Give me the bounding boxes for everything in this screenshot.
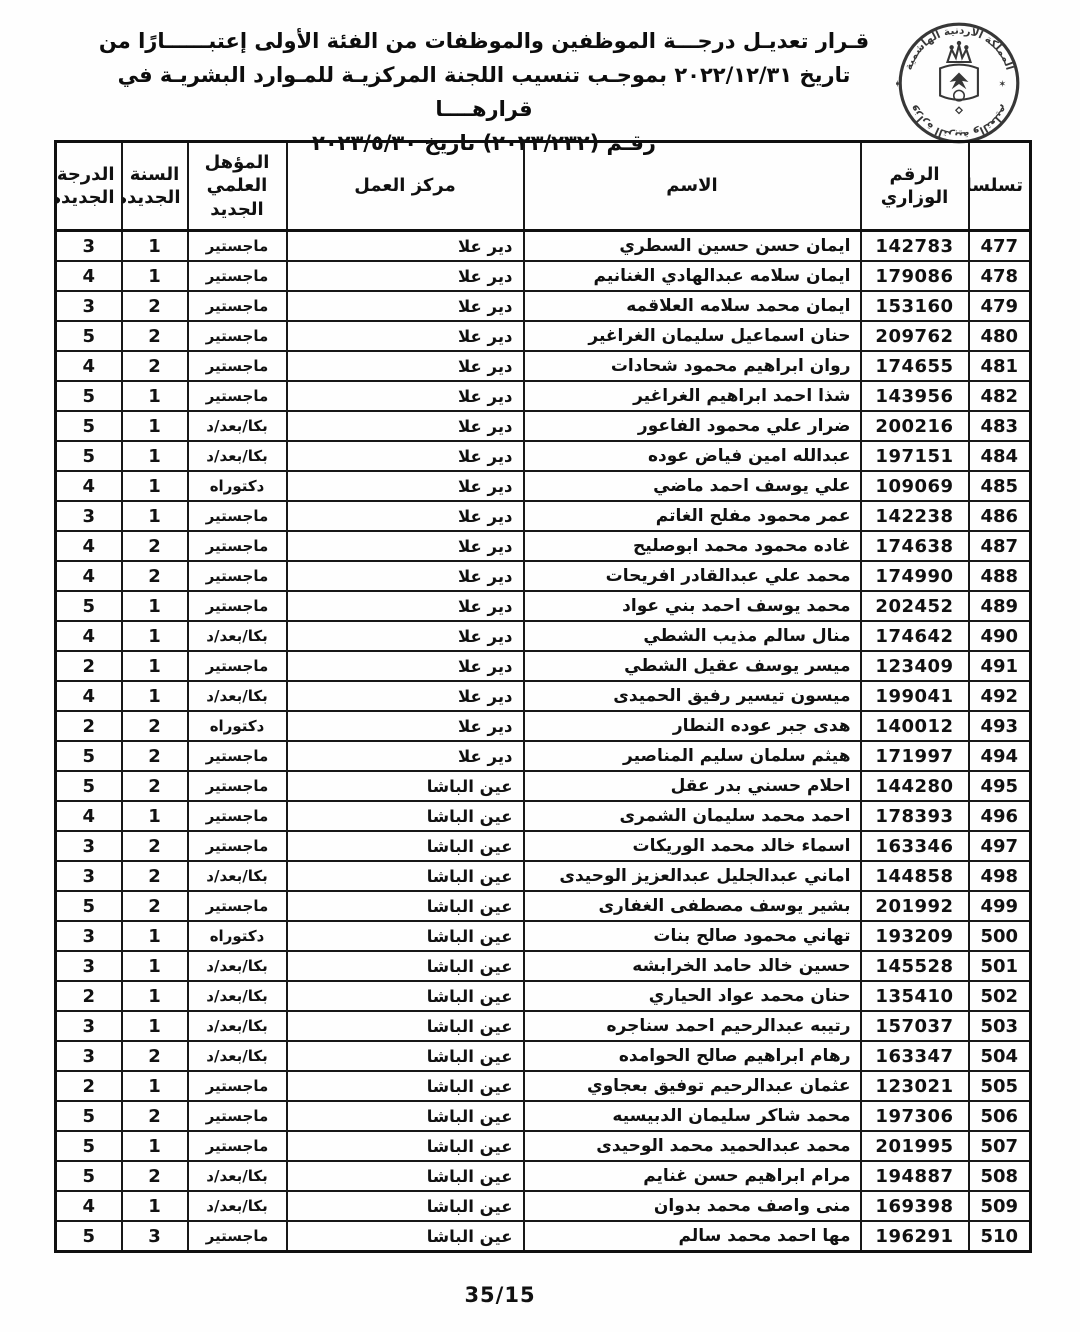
cell-grade: 5 (56, 891, 122, 921)
cell-grade: 5 (56, 441, 122, 471)
cell-grade: 3 (56, 951, 122, 981)
cell-year: 1 (122, 651, 188, 681)
cell-serial: 494 (969, 741, 1031, 771)
cell-name: تهاني محمود صالح بنات (524, 921, 861, 951)
cell-ministry_no: 123409 (861, 651, 969, 681)
cell-name: ميسر يوسف عقيل الشطي (524, 651, 861, 681)
cell-work_center: دير علا (287, 591, 524, 621)
cell-year: 1 (122, 1071, 188, 1101)
cell-name: غاده محمود محمد ابوصليح (524, 531, 861, 561)
cell-ministry_no: 202452 (861, 591, 969, 621)
table-row: 478179086ايمان سلامه عبدالهادي الغنانيمد… (56, 261, 1031, 291)
cell-work_center: عين الباشا (287, 771, 524, 801)
table-row: 491123409ميسر يوسف عقيل الشطيدير علاماجس… (56, 651, 1031, 681)
cell-qualification: بكا/بعد/د (188, 411, 287, 441)
cell-work_center: عين الباشا (287, 1131, 524, 1161)
cell-grade: 3 (56, 1011, 122, 1041)
cell-work_center: عين الباشا (287, 891, 524, 921)
cell-ministry_no: 163346 (861, 831, 969, 861)
cell-name: علي يوسف احمد ماضي (524, 471, 861, 501)
cell-ministry_no: 144280 (861, 771, 969, 801)
cell-name: مرام ابراهيم حسن غنايم (524, 1161, 861, 1191)
cell-work_center: دير علا (287, 261, 524, 291)
cell-ministry_no: 174655 (861, 351, 969, 381)
cell-grade: 5 (56, 1221, 122, 1252)
cell-qualification: ماجستير (188, 231, 287, 262)
table-row: 505123021عثمان عبدالرحيم توفيق بعجاويعين… (56, 1071, 1031, 1101)
cell-year: 1 (122, 921, 188, 951)
cell-year: 2 (122, 1041, 188, 1071)
cell-ministry_no: 153160 (861, 291, 969, 321)
cell-serial: 482 (969, 381, 1031, 411)
cell-qualification: بكا/بعد/د (188, 441, 287, 471)
cell-name: احمد محمد سليمان الشمرى (524, 801, 861, 831)
cell-qualification: بكا/بعد/د (188, 1191, 287, 1221)
cell-grade: 3 (56, 861, 122, 891)
cell-work_center: عين الباشا (287, 951, 524, 981)
cell-serial: 491 (969, 651, 1031, 681)
cell-serial: 492 (969, 681, 1031, 711)
cell-serial: 485 (969, 471, 1031, 501)
table-row: 485109069علي يوسف احمد ماضيدير علادكتورا… (56, 471, 1031, 501)
cell-serial: 496 (969, 801, 1031, 831)
cell-year: 2 (122, 741, 188, 771)
cell-year: 1 (122, 1131, 188, 1161)
cell-ministry_no: 199041 (861, 681, 969, 711)
cell-serial: 478 (969, 261, 1031, 291)
cell-work_center: دير علا (287, 531, 524, 561)
cell-name: رتيبه عبدالرحيم احمد سناجره (524, 1011, 861, 1041)
cell-work_center: دير علا (287, 681, 524, 711)
cell-name: هدى جبر عوده النطار (524, 711, 861, 741)
cell-name: منى واصف محمد بدوان (524, 1191, 861, 1221)
col-header-year: السنة الجديدة (122, 142, 188, 231)
cell-ministry_no: 142238 (861, 501, 969, 531)
cell-serial: 484 (969, 441, 1031, 471)
cell-name: حنان محمد عواد الحياري (524, 981, 861, 1011)
cell-serial: 499 (969, 891, 1031, 921)
cell-ministry_no: 140012 (861, 711, 969, 741)
cell-name: شذا احمد ابراهيم الغراغير (524, 381, 861, 411)
cell-work_center: عين الباشا (287, 1221, 524, 1252)
cell-name: عثمان عبدالرحيم توفيق بعجاوي (524, 1071, 861, 1101)
cell-name: بشير يوسف مصطفى الغفارى (524, 891, 861, 921)
cell-serial: 487 (969, 531, 1031, 561)
cell-name: احلام حسني بدر عقل (524, 771, 861, 801)
cell-year: 2 (122, 891, 188, 921)
cell-ministry_no: 157037 (861, 1011, 969, 1041)
cell-year: 2 (122, 711, 188, 741)
seal-star-right: ✶ (998, 79, 1006, 90)
cell-work_center: دير علا (287, 651, 524, 681)
cell-grade: 3 (56, 921, 122, 951)
cell-work_center: دير علا (287, 321, 524, 351)
cell-work_center: دير علا (287, 471, 524, 501)
cell-ministry_no: 201995 (861, 1131, 969, 1161)
table-header-row: تسلسل الرقم الوزاري الاسم مركز العمل الم… (56, 142, 1031, 231)
cell-name: محمد علي عبدالقادر افريحات (524, 561, 861, 591)
cell-grade: 3 (56, 231, 122, 262)
cell-name: عبدالله امين فياض عوده (524, 441, 861, 471)
svg-text:وزارة التربية والتعليم: وزارة التربية والتعليم (907, 103, 1011, 141)
cell-year: 1 (122, 411, 188, 441)
cell-year: 2 (122, 291, 188, 321)
employees-table: تسلسل الرقم الوزاري الاسم مركز العمل الم… (54, 140, 1032, 1253)
cell-name: مها احمد محمد سالم (524, 1221, 861, 1252)
table-row: 503157037رتيبه عبدالرحيم احمد سناجرهعين … (56, 1011, 1031, 1041)
cell-ministry_no: 209762 (861, 321, 969, 351)
cell-name: اسماء خالد محمد الوريكات (524, 831, 861, 861)
cell-qualification: دكتوراه (188, 711, 287, 741)
cell-serial: 498 (969, 861, 1031, 891)
cell-work_center: دير علا (287, 411, 524, 441)
table-row: 483200216ضرار علي محمود الفاعوردير علابك… (56, 411, 1031, 441)
cell-qualification: بكا/بعد/د (188, 621, 287, 651)
col-header-name: الاسم (524, 142, 861, 231)
cell-serial: 509 (969, 1191, 1031, 1221)
cell-work_center: عين الباشا (287, 831, 524, 861)
cell-year: 1 (122, 381, 188, 411)
table-row: 492199041ميسون تيسير رفيق الحميدىدير علا… (56, 681, 1031, 711)
table-row: 502135410حنان محمد عواد الحياريعين الباش… (56, 981, 1031, 1011)
cell-serial: 495 (969, 771, 1031, 801)
cell-year: 2 (122, 771, 188, 801)
cell-year: 1 (122, 501, 188, 531)
cell-ministry_no: 144858 (861, 861, 969, 891)
cell-year: 1 (122, 231, 188, 262)
cell-serial: 489 (969, 591, 1031, 621)
cell-year: 2 (122, 351, 188, 381)
col-header-work-center: مركز العمل (287, 142, 524, 231)
cell-work_center: عين الباشا (287, 1011, 524, 1041)
cell-serial: 479 (969, 291, 1031, 321)
table-row: 481174655روان ابراهيم محمود شحاداتدير عل… (56, 351, 1031, 381)
cell-name: حنان اسماعيل سليمان الغراغير (524, 321, 861, 351)
cell-name: ميسون تيسير رفيق الحميدى (524, 681, 861, 711)
cell-work_center: عين الباشا (287, 1161, 524, 1191)
cell-work_center: عين الباشا (287, 1041, 524, 1071)
cell-qualification: ماجستير (188, 651, 287, 681)
cell-qualification: ماجستير (188, 1071, 287, 1101)
table-row: 498144858اماني عبدالجليل عبدالعزيز الوحي… (56, 861, 1031, 891)
table-row: 500193209تهاني محمود صالح بناتعين الباشا… (56, 921, 1031, 951)
col-header-serial: تسلسل (969, 142, 1031, 231)
cell-qualification: ماجستير (188, 591, 287, 621)
cell-ministry_no: 142783 (861, 231, 969, 262)
cell-qualification: ماجستير (188, 801, 287, 831)
cell-ministry_no: 179086 (861, 261, 969, 291)
cell-year: 1 (122, 801, 188, 831)
cell-grade: 4 (56, 351, 122, 381)
cell-year: 1 (122, 951, 188, 981)
cell-ministry_no: 174990 (861, 561, 969, 591)
cell-serial: 500 (969, 921, 1031, 951)
cell-qualification: ماجستير (188, 771, 287, 801)
table-row: 477142783ايمان حسن حسين السطريدير علاماج… (56, 231, 1031, 262)
table-row: 496178393احمد محمد سليمان الشمرىعين البا… (56, 801, 1031, 831)
table-row: 486142238عمر محمود مفلح الغاتمدير علاماج… (56, 501, 1031, 531)
cell-year: 2 (122, 321, 188, 351)
cell-serial: 510 (969, 1221, 1031, 1252)
table-row: 482143956شذا احمد ابراهيم الغراغيردير عل… (56, 381, 1031, 411)
cell-grade: 5 (56, 321, 122, 351)
cell-grade: 5 (56, 771, 122, 801)
table-row: 509169398منى واصف محمد بدوانعين الباشابك… (56, 1191, 1031, 1221)
cell-name: ايمان محمد سلامه العلاقمه (524, 291, 861, 321)
cell-work_center: عين الباشا (287, 1191, 524, 1221)
document-page: المملكة الأردنية الهاشمية وزارة التربية … (0, 0, 1080, 1332)
cell-ministry_no: 109069 (861, 471, 969, 501)
cell-qualification: ماجستير (188, 381, 287, 411)
table-row: 497163346اسماء خالد محمد الوريكاتعين الب… (56, 831, 1031, 861)
cell-qualification: ماجستير (188, 891, 287, 921)
table-row: 490174642منال سالم مذيب الشطيدير علابكا/… (56, 621, 1031, 651)
cell-qualification: ماجستير (188, 1101, 287, 1131)
table-row: 504163347رهام ابراهيم صالح الحوامدهعين ا… (56, 1041, 1031, 1071)
cell-grade: 3 (56, 291, 122, 321)
cell-qualification: ماجستير (188, 741, 287, 771)
table-row: 489202452محمد يوسف احمد بني عواددير علام… (56, 591, 1031, 621)
cell-grade: 3 (56, 831, 122, 861)
cell-qualification: بكا/بعد/د (188, 1041, 287, 1071)
cell-year: 1 (122, 981, 188, 1011)
table-row: 507201995محمد عبدالحميد محمد الوحيدىعين … (56, 1131, 1031, 1161)
cell-year: 1 (122, 591, 188, 621)
cell-serial: 503 (969, 1011, 1031, 1041)
cell-year: 1 (122, 261, 188, 291)
cell-serial: 504 (969, 1041, 1031, 1071)
cell-grade: 3 (56, 1041, 122, 1071)
cell-grade: 5 (56, 1161, 122, 1191)
cell-work_center: دير علا (287, 291, 524, 321)
cell-grade: 5 (56, 591, 122, 621)
table-row: 487174638غاده محمود محمد ابوصليحدير علام… (56, 531, 1031, 561)
cell-qualification: بكا/بعد/د (188, 1161, 287, 1191)
cell-qualification: بكا/بعد/د (188, 861, 287, 891)
cell-grade: 2 (56, 1071, 122, 1101)
seal-star-left: ✶ (896, 79, 901, 90)
page-number: 35/15 (40, 1283, 960, 1307)
cell-serial: 502 (969, 981, 1031, 1011)
cell-serial: 477 (969, 231, 1031, 262)
cell-ministry_no: 194887 (861, 1161, 969, 1191)
cell-serial: 480 (969, 321, 1031, 351)
cell-work_center: دير علا (287, 741, 524, 771)
cell-ministry_no: 145528 (861, 951, 969, 981)
col-header-qualification: المؤهل العلمي الجديد (188, 142, 287, 231)
cell-work_center: دير علا (287, 381, 524, 411)
table-row: 479153160ايمان محمد سلامه العلاقمهدير عل… (56, 291, 1031, 321)
cell-year: 1 (122, 1011, 188, 1041)
crown-emblem-icon (940, 41, 978, 113)
table-row: 480209762حنان اسماعيل سليمان الغراغيردير… (56, 321, 1031, 351)
cell-name: حسين خالد حامد الخرابشه (524, 951, 861, 981)
cell-grade: 4 (56, 801, 122, 831)
cell-qualification: ماجستير (188, 351, 287, 381)
cell-year: 1 (122, 441, 188, 471)
cell-grade: 5 (56, 741, 122, 771)
cell-ministry_no: 197151 (861, 441, 969, 471)
cell-ministry_no: 201992 (861, 891, 969, 921)
cell-ministry_no: 169398 (861, 1191, 969, 1221)
cell-year: 2 (122, 1161, 188, 1191)
cell-grade: 5 (56, 411, 122, 441)
cell-work_center: دير علا (287, 441, 524, 471)
cell-grade: 2 (56, 651, 122, 681)
cell-work_center: دير علا (287, 621, 524, 651)
table-row: 484197151عبدالله امين فياض عودهدير علابك… (56, 441, 1031, 471)
table-row: 488174990محمد علي عبدالقادر افريحاتدير ع… (56, 561, 1031, 591)
cell-year: 1 (122, 1191, 188, 1221)
title-line-2: تاريخ ٢٠٢٢/١٢/٣١ بموجـب تنسيب اللجنة الم… (96, 58, 872, 126)
cell-qualification: دكتوراه (188, 921, 287, 951)
cell-serial: 483 (969, 411, 1031, 441)
cell-grade: 2 (56, 981, 122, 1011)
cell-year: 2 (122, 531, 188, 561)
cell-grade: 4 (56, 1191, 122, 1221)
cell-serial: 501 (969, 951, 1031, 981)
table-row: 499201992بشير يوسف مصطفى الغفارىعين البا… (56, 891, 1031, 921)
cell-work_center: عين الباشا (287, 861, 524, 891)
cell-grade: 5 (56, 381, 122, 411)
cell-grade: 4 (56, 261, 122, 291)
cell-ministry_no: 135410 (861, 981, 969, 1011)
cell-qualification: بكا/بعد/د (188, 1011, 287, 1041)
cell-work_center: دير علا (287, 231, 524, 262)
cell-serial: 493 (969, 711, 1031, 741)
cell-name: رهام ابراهيم صالح الحوامده (524, 1041, 861, 1071)
cell-grade: 4 (56, 561, 122, 591)
cell-work_center: دير علا (287, 501, 524, 531)
cell-name: محمد عبدالحميد محمد الوحيدى (524, 1131, 861, 1161)
cell-serial: 490 (969, 621, 1031, 651)
cell-serial: 481 (969, 351, 1031, 381)
cell-work_center: دير علا (287, 351, 524, 381)
cell-work_center: عين الباشا (287, 1101, 524, 1131)
cell-serial: 486 (969, 501, 1031, 531)
cell-qualification: ماجستير (188, 1131, 287, 1161)
cell-ministry_no: 174638 (861, 531, 969, 561)
cell-serial: 488 (969, 561, 1031, 591)
cell-qualification: بكا/بعد/د (188, 681, 287, 711)
cell-name: ايمان سلامه عبدالهادي الغنانيم (524, 261, 861, 291)
cell-work_center: دير علا (287, 561, 524, 591)
cell-qualification: دكتوراه (188, 471, 287, 501)
cell-qualification: ماجستير (188, 291, 287, 321)
cell-qualification: ماجستير (188, 831, 287, 861)
cell-grade: 3 (56, 501, 122, 531)
cell-name: ايمان حسن حسين السطري (524, 231, 861, 262)
cell-year: 1 (122, 681, 188, 711)
cell-ministry_no: 143956 (861, 381, 969, 411)
cell-work_center: عين الباشا (287, 1071, 524, 1101)
cell-year: 2 (122, 1101, 188, 1131)
cell-name: روان ابراهيم محمود شحادات (524, 351, 861, 381)
cell-name: عمر محمود مفلح الغاتم (524, 501, 861, 531)
cell-ministry_no: 200216 (861, 411, 969, 441)
col-header-ministry-number: الرقم الوزاري (861, 142, 969, 231)
ministry-seal-icon: المملكة الأردنية الهاشمية وزارة التربية … (896, 20, 1022, 146)
cell-name: ضرار علي محمود الفاعور (524, 411, 861, 441)
cell-ministry_no: 196291 (861, 1221, 969, 1252)
cell-qualification: ماجستير (188, 561, 287, 591)
title-line-1: قـرار تعديـل درجـــة الموظفين والموظفات … (96, 24, 872, 58)
cell-serial: 505 (969, 1071, 1031, 1101)
cell-work_center: عين الباشا (287, 921, 524, 951)
cell-ministry_no: 123021 (861, 1071, 969, 1101)
cell-qualification: ماجستير (188, 261, 287, 291)
cell-work_center: عين الباشا (287, 801, 524, 831)
cell-name: هيثم سلمان سليم المناصير (524, 741, 861, 771)
table-row: 510196291مها احمد محمد سالمعين الباشاماج… (56, 1221, 1031, 1252)
cell-ministry_no: 171997 (861, 741, 969, 771)
cell-qualification: ماجستير (188, 1221, 287, 1252)
cell-grade: 5 (56, 1131, 122, 1161)
cell-serial: 507 (969, 1131, 1031, 1161)
cell-ministry_no: 163347 (861, 1041, 969, 1071)
cell-qualification: ماجستير (188, 531, 287, 561)
cell-serial: 508 (969, 1161, 1031, 1191)
cell-name: محمد شاكر سليمان الدبيسيه (524, 1101, 861, 1131)
table-row: 501145528حسين خالد حامد الخرابشهعين البا… (56, 951, 1031, 981)
cell-work_center: دير علا (287, 711, 524, 741)
cell-ministry_no: 178393 (861, 801, 969, 831)
seal-bottom-text: وزارة التربية والتعليم (907, 103, 1011, 141)
cell-grade: 5 (56, 1101, 122, 1131)
table-row: 508194887مرام ابراهيم حسن غنايمعين الباش… (56, 1161, 1031, 1191)
cell-year: 1 (122, 471, 188, 501)
cell-grade: 4 (56, 621, 122, 651)
cell-name: اماني عبدالجليل عبدالعزيز الوحيدى (524, 861, 861, 891)
cell-qualification: بكا/بعد/د (188, 981, 287, 1011)
cell-year: 2 (122, 561, 188, 591)
cell-grade: 4 (56, 471, 122, 501)
cell-grade: 2 (56, 711, 122, 741)
cell-qualification: ماجستير (188, 321, 287, 351)
cell-year: 2 (122, 831, 188, 861)
cell-year: 1 (122, 621, 188, 651)
cell-year: 2 (122, 861, 188, 891)
cell-serial: 506 (969, 1101, 1031, 1131)
cell-grade: 4 (56, 531, 122, 561)
table-row: 493140012هدى جبر عوده النطاردير علادكتور… (56, 711, 1031, 741)
table-row: 494171997هيثم سلمان سليم المناصيردير علا… (56, 741, 1031, 771)
cell-serial: 497 (969, 831, 1031, 861)
col-header-grade: الدرجة الجديدة (56, 142, 122, 231)
cell-qualification: ماجستير (188, 501, 287, 531)
cell-name: منال سالم مذيب الشطي (524, 621, 861, 651)
cell-grade: 4 (56, 681, 122, 711)
cell-ministry_no: 193209 (861, 921, 969, 951)
cell-work_center: عين الباشا (287, 981, 524, 1011)
table-row: 495144280احلام حسني بدر عقلعين الباشاماج… (56, 771, 1031, 801)
table-row: 506197306محمد شاكر سليمان الدبيسيهعين ال… (56, 1101, 1031, 1131)
ministry-seal: المملكة الأردنية الهاشمية وزارة التربية … (896, 20, 1022, 146)
cell-qualification: بكا/بعد/د (188, 951, 287, 981)
cell-year: 3 (122, 1221, 188, 1252)
cell-ministry_no: 174642 (861, 621, 969, 651)
cell-ministry_no: 197306 (861, 1101, 969, 1131)
cell-name: محمد يوسف احمد بني عواد (524, 591, 861, 621)
